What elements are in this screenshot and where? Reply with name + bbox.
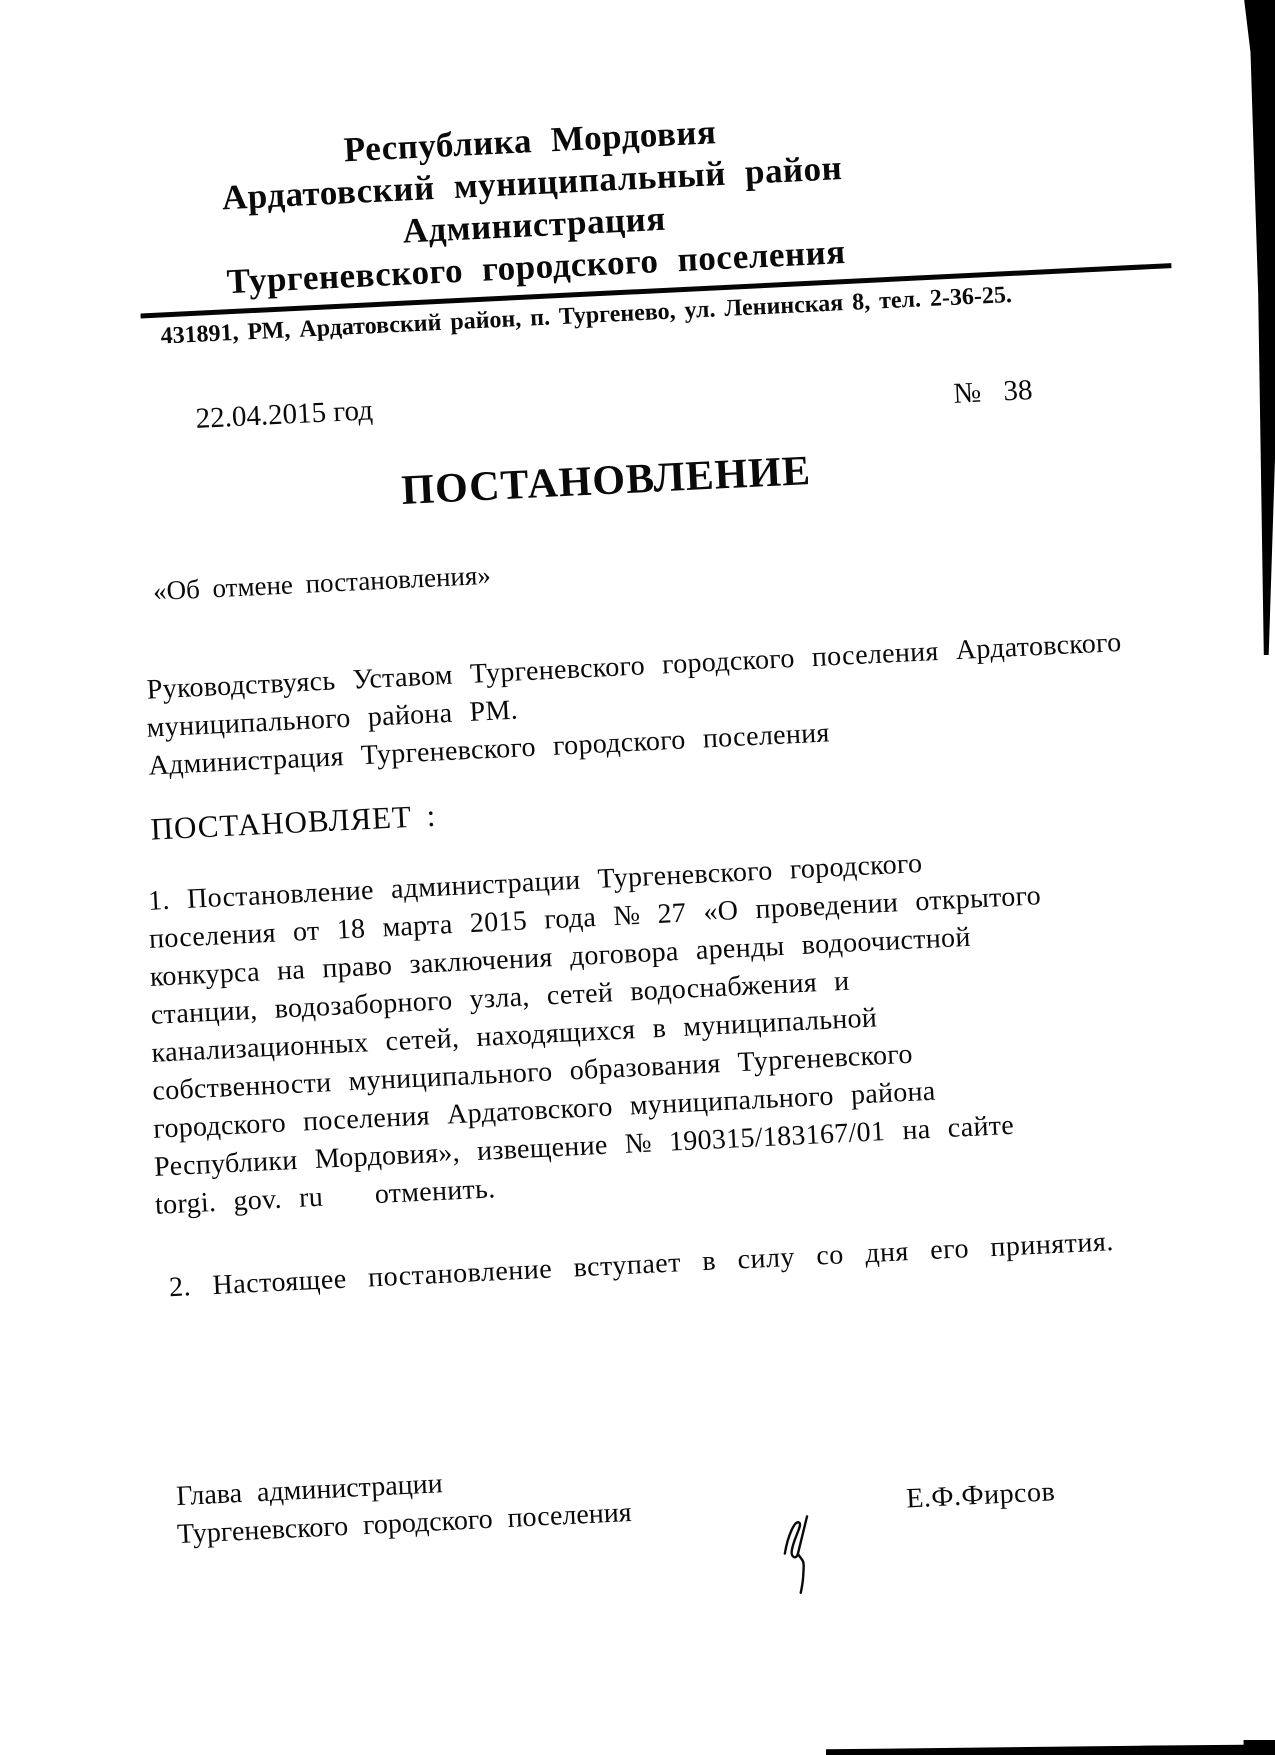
resolves-heading: ПОСТАНОВЛЯЕТ : [150, 798, 437, 848]
signature-role-line: Глава администрации [176, 1468, 444, 1513]
doc-title: ПОСТАНОВЛЕНИЕ [400, 447, 812, 515]
scanned-document-page: Республика Мордовия Ардатовский муниципа… [0, 0, 1275, 1755]
signature-mark [773, 1474, 821, 1560]
doc-number: № 38 [953, 374, 1034, 411]
doc-subject: «Об отмене постановления» [152, 560, 491, 607]
scan-artifact-bottom-edge [826, 1740, 1275, 1755]
preamble-line: Руководствуясь Уставом Тургеневского гор… [146, 627, 1122, 707]
item2-line: 2. Настоящее постановление вступает в си… [168, 1226, 1114, 1304]
doc-date: 22.04.2015 год [195, 394, 374, 436]
signatory-name: Е.Ф.Фирсов [906, 1476, 1056, 1515]
document-content: Республика Мордовия Ардатовский муниципа… [0, 0, 1275, 1753]
